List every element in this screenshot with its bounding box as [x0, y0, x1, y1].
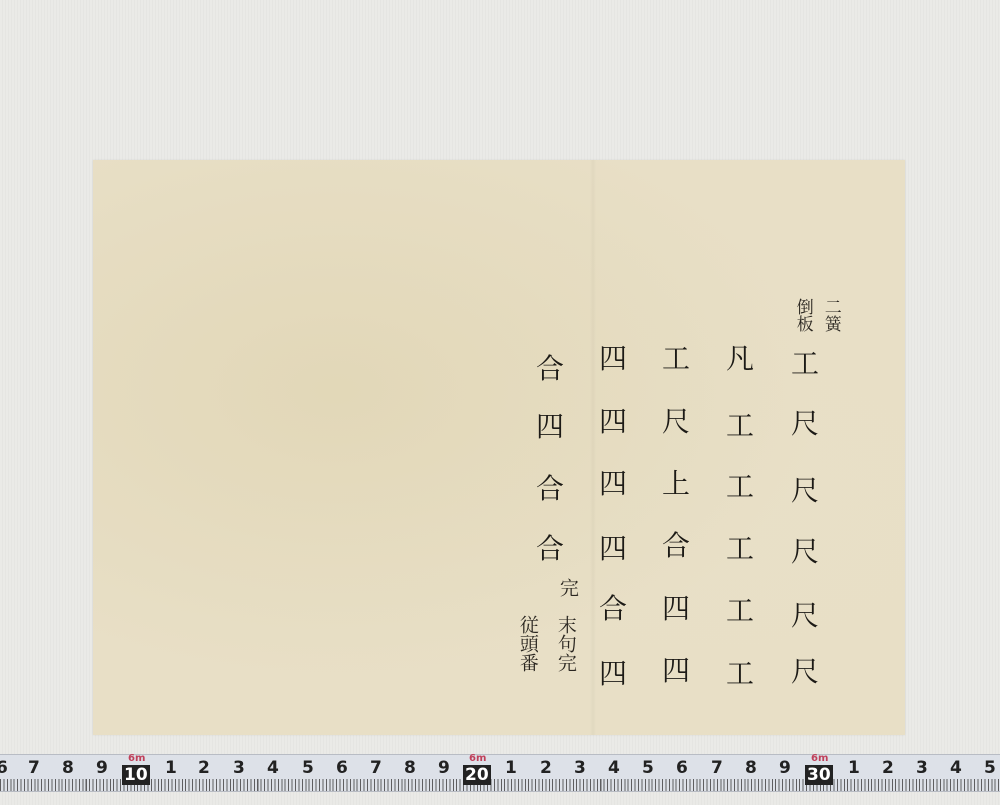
ruler-label: 1 — [165, 758, 177, 778]
ruler-label: 9 — [96, 758, 108, 778]
note-char: 工 — [720, 473, 760, 501]
ruler-label: 9 — [779, 758, 791, 778]
ruler-label: 1 — [848, 758, 860, 778]
end-mark: 完 — [557, 578, 578, 597]
note-char: 四 — [593, 535, 633, 563]
ruler-ticks — [0, 779, 1000, 791]
note-char: 四 — [593, 408, 633, 436]
ruler-label: 6 — [0, 758, 8, 778]
note-char: 合 — [593, 595, 633, 623]
note-char: 工 — [720, 412, 760, 440]
note-char: 工 — [656, 345, 696, 373]
note-char: 四 — [593, 345, 633, 373]
note-char: 工 — [720, 660, 760, 688]
ruler-label: 7 — [711, 758, 723, 778]
note-char: 尺 — [785, 658, 825, 686]
ruler-label: 6 — [676, 758, 688, 778]
ruler-label: 2 — [882, 758, 894, 778]
note-char: 四 — [656, 595, 696, 623]
annotation-repeat-from-start: 従頭番 — [517, 615, 538, 672]
note-char: 合 — [656, 532, 696, 560]
ruler-label: 7 — [370, 758, 382, 778]
header-note-line1: 二簧 — [821, 298, 840, 332]
note-char: 四 — [593, 660, 633, 688]
ruler-label: 8 — [404, 758, 416, 778]
ruler-label: 3 — [233, 758, 245, 778]
ruler-label: 3 — [916, 758, 928, 778]
ruler-label: 9 — [438, 758, 450, 778]
note-char: 工 — [720, 535, 760, 563]
manuscript-page: 二簧 倒板 工 尺 尺 尺 尺 尺 凡 工 工 工 工 工 工 尺 上 合 四 … — [93, 160, 905, 735]
ruler-label: 6 — [336, 758, 348, 778]
note-char: 合 — [530, 475, 570, 503]
note-char: 凡 — [720, 345, 760, 373]
note-char: 尺 — [785, 538, 825, 566]
ruler-label: 5 — [984, 758, 996, 778]
ruler-label: 5 — [302, 758, 314, 778]
note-char: 工 — [720, 597, 760, 625]
note-char: 上 — [656, 470, 696, 498]
ruler-label: 4 — [608, 758, 620, 778]
note-char: 尺 — [656, 408, 696, 436]
ruler-label: 4 — [267, 758, 279, 778]
ruler-label: 8 — [745, 758, 757, 778]
ruler-label: 2 — [540, 758, 552, 778]
note-char: 尺 — [785, 410, 825, 438]
note-char: 四 — [656, 657, 696, 685]
ruler-label: 20 — [463, 765, 491, 785]
note-char: 合 — [530, 355, 570, 383]
ruler-label: 2 — [198, 758, 210, 778]
ruler-label: 1 — [505, 758, 517, 778]
ruler-label: 3 — [574, 758, 586, 778]
ruler-unit-label: 6m — [128, 753, 145, 764]
ruler-label: 5 — [642, 758, 654, 778]
measuring-ruler: 6 7 8 9 6m 10 1 2 3 4 5 6 7 8 9 6m 20 1 … — [0, 754, 1000, 792]
ruler-label: 4 — [950, 758, 962, 778]
ruler-label: 30 — [805, 765, 833, 785]
annotation-last-phrase-complete: 末句完 — [555, 615, 576, 672]
note-char: 四 — [530, 413, 570, 441]
header-note-line2: 倒板 — [793, 298, 812, 332]
note-char: 尺 — [785, 477, 825, 505]
note-char: 尺 — [785, 602, 825, 630]
note-char: 合 — [530, 535, 570, 563]
note-char: 四 — [593, 470, 633, 498]
note-char: 工 — [785, 350, 825, 378]
ruler-label: 7 — [28, 758, 40, 778]
ruler-label: 10 — [122, 765, 150, 785]
page-fold — [590, 160, 596, 735]
ruler-unit-label: 6m — [469, 753, 486, 764]
ruler-unit-label: 6m — [811, 753, 828, 764]
ruler-label: 8 — [62, 758, 74, 778]
